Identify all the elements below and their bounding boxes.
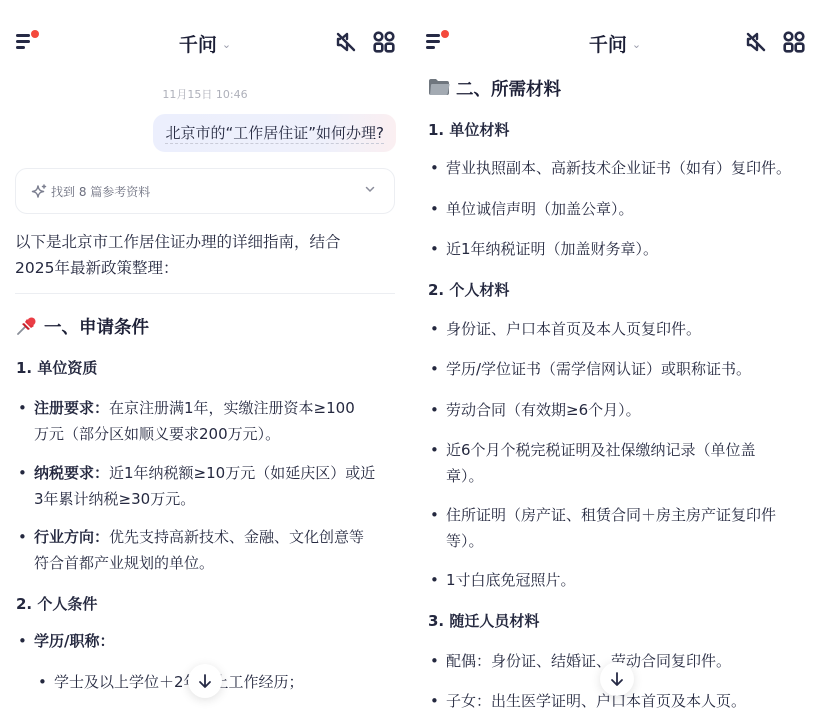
arrow-down-icon <box>609 671 625 687</box>
list-item: 注册要求：在京注册满1年，实缴注册资本≥100 万元（部分区如顺义要求200万元… <box>16 395 396 447</box>
item-text: 住所证明（房产证、租赁合同＋房主房产证复印件 <box>446 506 776 524</box>
section-heading-conditions: 一、申请条件 <box>16 314 149 339</box>
user-message-bubble[interactable]: 北京市的“工作居住证”如何办理? <box>153 114 396 152</box>
list-item: 单位诚信声明（加盖公章）。 <box>428 196 818 222</box>
chevron-down-icon <box>364 183 376 195</box>
list-item: 住所证明（房产证、租赁合同＋房主房产证复印件 等）。 <box>428 502 818 554</box>
subsection-title: 2. 个人材料 <box>428 279 509 300</box>
scroll-to-bottom-button[interactable] <box>188 664 222 698</box>
item-text: 近6个月个税完税证明及社保缴纳记录（单位盖 <box>446 441 756 459</box>
arrow-down-icon <box>197 673 213 689</box>
item-text: 学士及以上学位＋2年以上工作经历； <box>54 673 304 691</box>
chat-panel-right: 千问⌄ 二、所需材料 1. 单位材料 营业执照副本、高新技术企业证书（如有）复印… <box>410 0 820 720</box>
grid-icon[interactable] <box>782 30 806 54</box>
list-item: 身份证、户口本首页及本人页复印件。 <box>428 316 818 342</box>
subsection-title: 2. 个人条件 <box>16 593 97 614</box>
intro-line-1: 以下是北京市工作居住证办理的详细指南，结合 <box>15 229 341 255</box>
intro-line-2: 2025年最新政策整理： <box>15 255 178 281</box>
item-text: 近1年纳税额≥10万元（如延庆区）或近 <box>109 464 375 482</box>
section-title: 一、申请条件 <box>44 318 149 338</box>
app-title: 千问 <box>589 34 627 56</box>
references-toggle[interactable]: 找到 8 篇参考资料 <box>15 168 395 214</box>
item-text: 等）。 <box>446 532 484 550</box>
list-item: 学历/职称： <box>16 628 396 654</box>
list-item: 纳税要求：近1年纳税额≥10万元（如延庆区）或近 3年累计纳税≥30万元。 <box>16 460 396 512</box>
user-message-text: 北京市的“工作居住证”如何办理? <box>165 124 384 144</box>
chat-panel-left: 千问⌄ 11月15日 10:46 北京市的“工作居住证”如何办理? 找到 8 篇… <box>0 0 410 720</box>
list-item: 近6个月个税完税证明及社保缴纳记录（单位盖 章）。 <box>428 437 818 489</box>
item-text: 万元（部分区如顺义要求200万元）。 <box>34 425 280 443</box>
list-item: 营业执照副本、高新技术企业证书（如有）复印件。 <box>428 155 818 181</box>
grid-icon[interactable] <box>372 30 396 54</box>
speaker-muted-icon[interactable] <box>334 30 358 54</box>
item-label: 学历/职称： <box>34 632 114 650</box>
item-text: 3年累计纳税≥30万元。 <box>34 490 195 508</box>
sparkle-icon <box>31 184 47 200</box>
section-title: 二、所需材料 <box>456 80 561 100</box>
list-item: 学历/学位证书（需学信网认证）或职称证书。 <box>428 356 818 382</box>
chevron-down-icon: ⌄ <box>222 38 231 51</box>
list-item: 近1年纳税证明（加盖财务章）。 <box>428 236 818 262</box>
item-label: 行业方向： <box>34 528 109 546</box>
subsection-title: 1. 单位材料 <box>428 119 509 140</box>
item-text: 章）。 <box>446 467 484 485</box>
timestamp: 11月15日 10:46 <box>0 86 410 102</box>
chevron-down-icon: ⌄ <box>632 38 641 51</box>
speaker-muted-icon[interactable] <box>744 30 768 54</box>
list-item: 行业方向：优先支持高新技术、金融、文化创意等 符合首都产业规划的单位。 <box>16 524 396 576</box>
subsection-title: 3. 随迁人员材料 <box>428 610 539 631</box>
list-item: 劳动合同（有效期≥6个月）。 <box>428 397 818 423</box>
folder-icon <box>428 77 450 97</box>
item-text: 在京注册满1年，实缴注册资本≥100 <box>109 399 355 417</box>
top-bar: 千问⌄ <box>0 0 410 84</box>
item-label: 纳税要求： <box>34 464 109 482</box>
list-item: 1寸白底免冠照片。 <box>428 567 818 593</box>
pushpin-icon <box>16 315 38 335</box>
item-text: 符合首都产业规划的单位。 <box>34 554 214 572</box>
section-heading-materials: 二、所需材料 <box>428 76 561 101</box>
top-bar: 千问⌄ <box>410 0 820 84</box>
item-text: 优先支持高新技术、金融、文化创意等 <box>109 528 364 546</box>
item-label: 注册要求： <box>34 399 109 417</box>
subsection-title: 1. 单位资质 <box>16 357 97 378</box>
references-label: 找到 8 篇参考资料 <box>51 183 150 200</box>
app-title: 千问 <box>179 34 217 56</box>
divider <box>15 293 395 294</box>
scroll-to-bottom-button[interactable] <box>600 662 634 696</box>
